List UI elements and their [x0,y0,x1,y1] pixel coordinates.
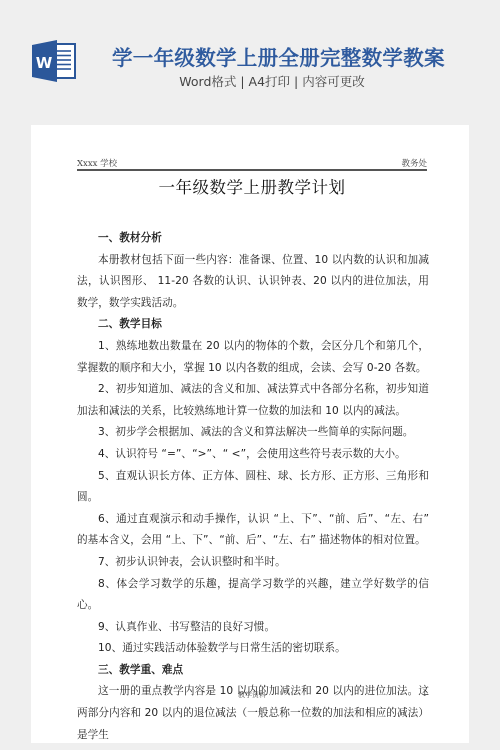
paragraph: 8、体会学习数学的乐趣，提高学习数学的兴趣，建立学好数学的信心。 [77,574,429,617]
banner-title: 学一年级数学上册全册完整数学教案 [112,44,432,72]
page-header: Xxxx 学校 教务处 [77,155,427,169]
banner: W 学一年级数学上册全册完整数学教案 Word格式 | A4打印 | 内容可更改 [0,0,500,115]
document-body: 一、教材分析 本册教材包括下面一些内容：准备课、位置、10 以内数的认识和加减法… [77,228,429,746]
paragraph: 2、初步知道加、减法的含义和加、减法算式中各部分名称，初步知道加法和减法的关系，… [77,379,429,422]
section-heading: 三、教学重、难点 [77,660,429,682]
word-icon: W [31,39,77,83]
header-divider [77,169,427,171]
svg-text:W: W [36,54,53,72]
paragraph: 5、直观认识长方体、正方体、圆柱、球、长方形、正方形、三角形和圆。 [77,466,429,509]
paragraph: 3、初步学会根据加、减法的含义和算法解决一些简单的实际问题。 [77,422,429,444]
paragraph: 10、通过实践活动体验数学与日常生活的密切联系。 [77,638,429,660]
section-heading: 二、教学目标 [77,314,429,336]
paragraph: 1、熟练地数出数量在 20 以内的物体的个数，会区分几个和第几个，掌握数的顺序和… [77,336,429,379]
footer-label: 教学资料 [77,690,427,700]
banner-subtitle: Word格式 | A4打印 | 内容可更改 [112,73,432,91]
paragraph: 7、初步认识钟表，会认识整时和半时。 [77,552,429,574]
paragraph: 本册教材包括下面一些内容：准备课、位置、10 以内数的认识和加减法，认识图形、 … [77,250,429,315]
document-page: Xxxx 学校 教务处 一年级数学上册教学计划 一、教材分析 本册教材包括下面一… [31,125,469,743]
section-heading: 一、教材分析 [77,228,429,250]
page-footer: 教学资料 1 [77,690,427,702]
paragraph: 4、认识符号 “=”、“>”、“ <”，会使用这些符号表示数的大小。 [77,444,429,466]
paragraph: 9、认真作业、书写整洁的良好习惯。 [77,617,429,639]
header-office: 教务处 [401,157,427,169]
page-number: 1 [423,690,427,698]
header-school: Xxxx 学校 [77,157,117,169]
document-title: 一年级数学上册教学计划 [77,176,427,200]
paragraph: 6、通过直观演示和动手操作，认识 “上、下”、“前、后”、“左、右” 的基本含义… [77,509,429,552]
